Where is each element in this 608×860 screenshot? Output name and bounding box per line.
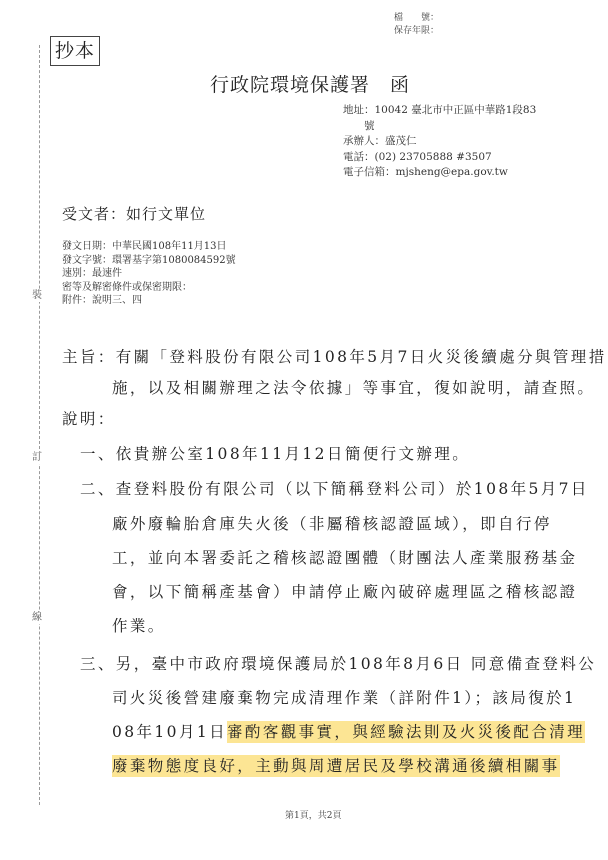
- address-line1: 地址：10042 臺北市中正區中華路1段83: [343, 103, 536, 119]
- secrecy-level: 密等及解密條件或保密期限：: [62, 281, 236, 295]
- page-number: 第1頁，共2頁: [285, 808, 341, 821]
- explanation-item2-line5: 作業。: [112, 614, 166, 636]
- archive-info: 檔 號： 保存年限：: [394, 12, 439, 38]
- recipient: 受文者：如行文單位: [62, 203, 206, 224]
- meta-block: 發文日期：中華民國108年11月13日 發文字號：環署基字第1080084592…: [62, 240, 236, 308]
- contact-block: 地址：10042 臺北市中正區中華路1段83 號 承辦人：盛茂仁 電話：(02)…: [343, 103, 536, 181]
- binding-mark-zhuang: 裝: [32, 290, 42, 302]
- highlighted-text: 審酌客觀事實，與經驗法則及火災後配合清理: [227, 721, 585, 743]
- explanation-item2-line1: 二、查登料股份有限公司（以下簡稱登料公司）於108年5月7日: [80, 477, 589, 499]
- email: 電子信箱：mjsheng@epa.gov.tw: [343, 165, 536, 181]
- phone: 電話：(02) 23705888 #3507: [343, 150, 536, 166]
- item3-line3-plain: 08年10月1日: [112, 723, 227, 741]
- explanation-item3-line3: 08年10月1日審酌客觀事實，與經驗法則及火災後配合清理: [112, 720, 585, 742]
- explanation-item2-line3: 工，並向本署委託之稽核認證團體（財團法人產業服務基金: [112, 546, 577, 568]
- explanation-item3-line1: 三、另，臺中市政府環境保護局於108年8月6日 同意備查登料公: [80, 652, 596, 674]
- retention-period-label: 保存年限：: [394, 25, 439, 38]
- binding-line: [39, 45, 40, 805]
- explanation-heading: 說明：: [62, 407, 116, 429]
- speed-class: 速別：最速件: [62, 267, 236, 281]
- explanation-item3-line4: 廢棄物態度良好，主動與周遭居民及學校溝通後續相關事: [112, 754, 560, 776]
- explanation-item2-line4: 會，以下簡稱產基會）申請停止廠內破碎處理區之稽核認證: [112, 580, 577, 602]
- handler: 承辦人：盛茂仁: [343, 134, 536, 150]
- explanation-item1: 一、依貴辦公室108年11月12日簡便行文辦理。: [80, 442, 470, 464]
- address-line2: 號: [343, 119, 536, 135]
- highlighted-text: 廢棄物態度良好，主動與周遭居民及學校溝通後續相關事: [112, 755, 560, 777]
- explanation-item2-line2: 廠外廢輪胎倉庫失火後（非屬稽核認證區域），即自行停: [112, 512, 552, 534]
- copy-stamp: 抄本: [50, 36, 100, 66]
- binding-mark-xian: 線: [32, 612, 42, 624]
- subject-line2: 施，以及相關辦理之法令依據」等事宜，復如說明，請查照。: [112, 376, 595, 398]
- binding-mark-ding: 訂: [32, 452, 42, 464]
- file-number-label: 檔 號：: [394, 12, 439, 25]
- explanation-item3-line2: 司火災後營建廢棄物完成清理作業（詳附件1）；該局復於1: [112, 686, 576, 708]
- attachments: 附件：說明三、四: [62, 294, 236, 308]
- subject-line1: 主旨：有關「登料股份有限公司108年5月7日火災後續處分與管理措: [62, 345, 607, 367]
- document-title: 行政院環境保護署 函: [210, 70, 410, 97]
- document-number: 發文字號：環署基字第1080084592號: [62, 254, 236, 268]
- issue-date: 發文日期：中華民國108年11月13日: [62, 240, 236, 254]
